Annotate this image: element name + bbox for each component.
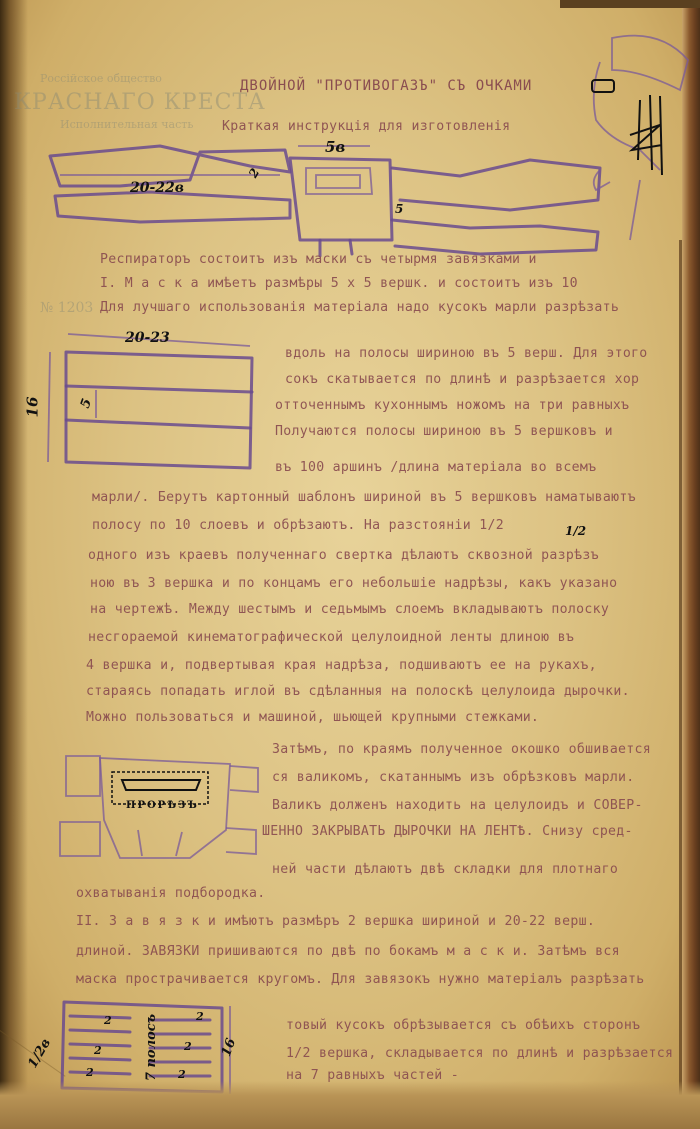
body-line: ною въ 3 вершка и по концамъ его небольш… (90, 576, 617, 591)
body-line: ней части дѣлаютъ двѣ складки для плотна… (272, 862, 618, 877)
fig2-height-label: 16 (23, 397, 41, 418)
body-line: охватыванія подбородка. (76, 886, 266, 901)
body-line: длиной. ЗАВЯЗКИ пришиваются по двѣ по бо… (76, 944, 620, 959)
body-line: 4 вершка и, подвертывая края надрѣза, по… (86, 658, 597, 673)
body-line: одного изъ краевъ полученнаго свертка дѣ… (88, 548, 599, 563)
body-line: сокъ скатывается по длинѣ и разрѣзается … (285, 372, 639, 387)
body-line: Респираторъ состоитъ изъ маски съ четырм… (100, 252, 537, 267)
body-line: Получаются полосы шириною въ 5 вершковъ … (275, 424, 613, 439)
pencil-sketches (0, 0, 700, 1129)
fraction-mark: 1/2 (565, 524, 586, 538)
fig4-mark: 2 (94, 1044, 102, 1057)
soldier-wearing-gas-mask-sketch (592, 36, 688, 240)
body-line: II. З а в я з к и имѣютъ размѣръ 2 вершк… (76, 914, 595, 929)
fig4-mark: 2 (196, 1010, 204, 1023)
page-bottom-edge (0, 1081, 700, 1129)
body-line: 1/2 вершка, складывается по длинѣ и разр… (286, 1046, 673, 1061)
body-line: на чертежѣ. Между шестымъ и седьмымъ сло… (90, 602, 609, 617)
document-page: Россійское общество КРАСНАГО КРЕСТА Испо… (0, 0, 700, 1129)
fig4-mark: 2 (86, 1066, 94, 1079)
fig4-mark: 2 (184, 1040, 192, 1053)
body-line: маска прострачивается кругомъ. Для завяз… (76, 972, 645, 987)
fig4-stripes-label: 7 полосъ (144, 1014, 159, 1081)
body-line: несгораемой кинематографической целулоид… (88, 630, 574, 645)
body-line: марли/. Берутъ картонный шаблонъ шириной… (92, 490, 636, 505)
body-line: I. М а с к а имѣетъ размѣры 5 х 5 вершк.… (100, 276, 578, 291)
body-line: въ 100 аршинъ /длина матеріала во всемъ (275, 460, 596, 475)
fig1-width-label: 5в (325, 138, 345, 156)
body-line: полосу по 10 слоевъ и обрѣзаютъ. На разс… (92, 518, 504, 533)
fig3-slot-label: ПРОРѢЗЪ (126, 800, 199, 811)
body-line: товый кусокъ обрѣзывается съ обѣихъ стор… (286, 1018, 640, 1033)
fig1-side-mark: 5 (395, 202, 403, 216)
body-line: Можно пользоваться и машиной, шьющей кру… (86, 710, 539, 725)
fig4-mark: 2 (178, 1068, 186, 1081)
fig1-strap-length-label: 20-22в (130, 180, 184, 196)
body-line: Затѣмъ, по краямъ полученное окошко обши… (272, 742, 651, 757)
fig4-mark: 2 (104, 1014, 112, 1027)
body-line: ШЕННО ЗАКРЫВАТЬ ДЫРОЧКИ НА ЛЕНТѢ. Снизу … (262, 824, 633, 839)
fig2-width-label: 20-23 (125, 330, 170, 346)
body-line: Для лучшаго использованія матеріала надо… (100, 300, 619, 315)
body-line: вдоль на полосы шириною въ 5 верш. Для э… (285, 346, 648, 361)
body-line: отточеннымъ кухоннымъ ножомъ на три равн… (275, 398, 629, 413)
mask-with-straps-diagram (50, 146, 600, 256)
body-line: ся валикомъ, скатаннымъ изъ обрѣзковъ ма… (272, 770, 635, 785)
body-line: Валикъ долженъ находить на целулоидъ и С… (272, 798, 643, 813)
body-line: стараясь попадать иглой въ сдѣланныя на … (86, 684, 630, 699)
